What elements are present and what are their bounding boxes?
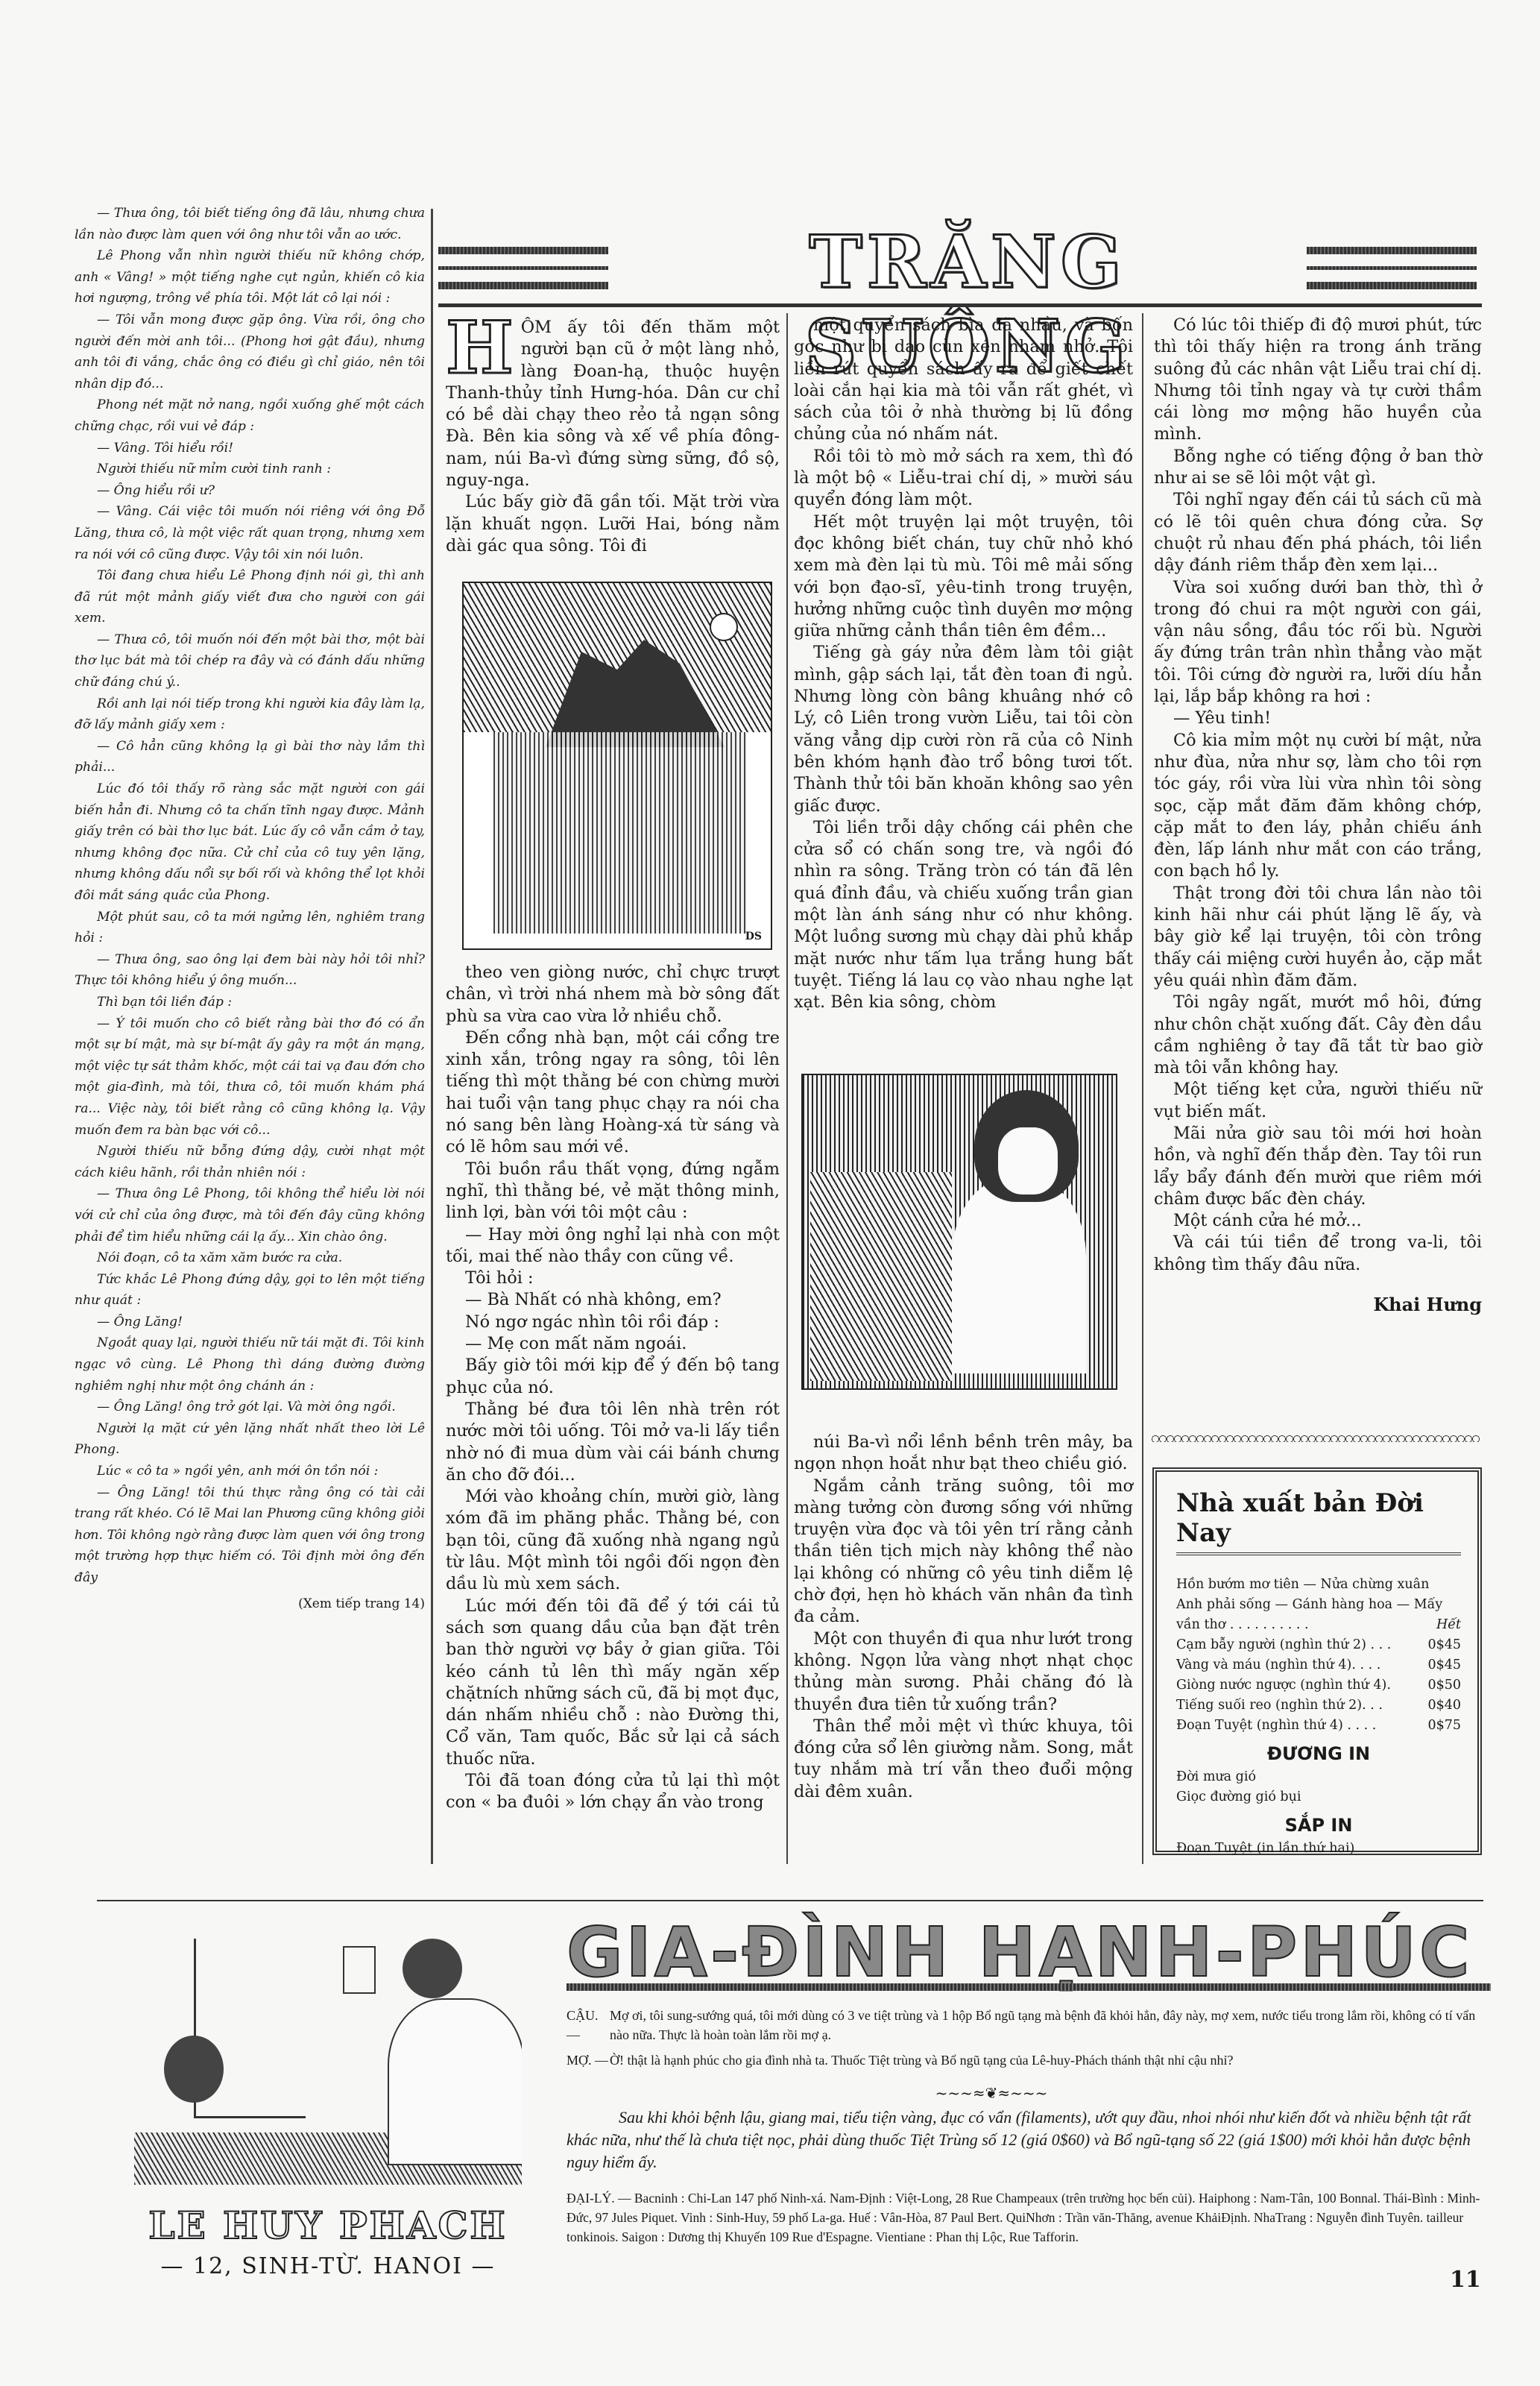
advert-top-rule	[97, 1900, 1483, 1901]
book-row: Cạm bẫy người (nghìn thứ 2) . . .0$45	[1176, 1635, 1461, 1655]
story-paragraph: Nói đoạn, cô ta xăm xăm bước ra cửa.	[75, 1247, 425, 1269]
printing-heading: ĐƯƠNG IN	[1176, 1743, 1461, 1764]
story-paragraph: Một cánh cửa hé mở...	[1154, 1210, 1482, 1232]
title-underline	[438, 303, 1482, 307]
book-price: 0$45	[1427, 1655, 1461, 1675]
woman-head	[164, 2036, 224, 2103]
story-paragraph: Một tiếng kẹt cửa, người thiếu nữ vụt bi…	[1154, 1079, 1482, 1123]
story-paragraph: — Cô hẳn cũng không lạ gì bài thơ này lắ…	[75, 736, 425, 778]
story-paragraph: Tôi đang chưa hiểu Lê Phong định nói gì,…	[75, 565, 425, 629]
wavy-divider	[1152, 1432, 1480, 1442]
advert-dialog: CẬU.—Mợ ơi, tôi sung-sướng quá, tôi mới …	[567, 2006, 1491, 2070]
story-paragraph: Bấy giờ tôi mới kịp để ý đến bộ tang phụ…	[446, 1355, 780, 1399]
story-paragraph: — Vâng. Tôi hiểu rồi!	[75, 438, 425, 459]
story-paragraph: Thân thể mỏi mệt vì thức khuya, tôi đóng…	[794, 1716, 1133, 1803]
book-price: 0$40	[1427, 1696, 1461, 1716]
page-number: 11	[1450, 2267, 1481, 2293]
story-paragraph: Thật trong đời tôi chưa lần nào tôi kinh…	[1154, 883, 1482, 992]
book-price: 0$45	[1427, 1635, 1461, 1655]
story-paragraph: theo ven giòng nước, chỉ chực trượt chân…	[446, 962, 780, 1027]
story-paragraph: — Ông Lăng! ông trở gót lại. Và mời ông …	[75, 1397, 425, 1418]
story-paragraph: — Thưa ông Lê Phong, tôi không thể hiểu …	[75, 1183, 425, 1247]
story-paragraph: một quyển sách bìa đã nhầu, và bốn góc n…	[794, 315, 1133, 446]
story-paragraph: Người thiếu nữ bỗng đứng dậy, cười nhạt …	[75, 1141, 425, 1183]
book-title: Giòng nước ngược (nghìn thứ 4).	[1176, 1675, 1391, 1696]
story-paragraph: Bỗng nghe có tiếng động ở ban thờ như ai…	[1154, 446, 1482, 490]
illustration-girl-woman	[801, 1074, 1117, 1390]
story-column-2-bottom: núi Ba-vì nổi lềnh bềnh trên mây, ba ngọ…	[794, 1432, 1133, 1803]
title-ornament-left	[438, 247, 608, 301]
story-paragraph: Lúc bấy giờ đã gần tối. Mặt trời vừa lặn…	[446, 491, 780, 557]
story-paragraph: Tiếng gà gáy nửa đêm làm tôi giật mình, …	[794, 642, 1133, 816]
story-paragraph: — Vâng. Cái việc tôi muốn nói riêng với …	[75, 501, 425, 565]
story-paragraph: Ngoắt quay lại, người thiếu nữ tái mặt đ…	[75, 1332, 425, 1397]
story-paragraph: Nó ngơ ngác nhìn tôi rồi đáp :	[446, 1312, 780, 1333]
story-paragraph: — Bà Nhất có nhà không, em?	[446, 1289, 780, 1311]
advert-illustration-couple	[119, 1924, 522, 2192]
story-paragraph: Rồi tôi tò mò mở sách ra xem, thì đó là …	[794, 446, 1133, 511]
story-paragraph: Tôi đã toan đóng cửa tủ lại thì một con …	[446, 1770, 780, 1814]
man-head	[403, 1939, 462, 1998]
story-paragraph: Lúc mới đến tôi đã để ý tới cái tủ sách …	[446, 1596, 780, 1770]
publisher-advert-box: Nhà xuất bản Đời Nay Hồn bướm mơ tiên — …	[1152, 1467, 1482, 1855]
book-row: Tiếng suối reo (nghìn thứ 2). . .0$40	[1176, 1696, 1461, 1716]
story-paragraph: Và cái túi tiền để trong va-li, tôi khôn…	[1154, 1232, 1482, 1276]
story-paragraph: — Thưa ông, sao ông lại đem bài này hỏi …	[75, 949, 425, 992]
story-paragraph: Lê Phong vẫn nhìn người thiếu nữ không c…	[75, 245, 425, 309]
story-paragraph: Phong nét mặt nở nang, ngồi xuống ghế mộ…	[75, 394, 425, 437]
brand-name: LE HUY PHACH	[134, 2203, 522, 2247]
story-paragraph: núi Ba-vì nổi lềnh bềnh trên mây, ba ngọ…	[794, 1432, 1133, 1476]
illustrator-signature: DS	[745, 931, 762, 942]
story-paragraph: — Hay mời ông nghỉ lại nhà con một tối, …	[446, 1224, 780, 1268]
story-paragraph: — Ý tôi muốn cho cô biết rằng bài thơ đó…	[75, 1013, 425, 1142]
ornament-divider: ~~~≈❦≈~~~	[880, 2084, 1103, 2099]
glass-icon	[343, 1946, 376, 1994]
book-title: Tiếng suối reo (nghìn thứ 2). . .	[1176, 1696, 1383, 1716]
advert-headline: GIA-ĐÌNH HẠNH-PHÚC	[567, 1913, 1491, 1992]
upcoming-item: Đoạn Tuyệt (in lần thứ hai)	[1176, 1839, 1461, 1859]
book-row: Giòng nước ngược (nghìn thứ 4).0$50	[1176, 1675, 1461, 1696]
story-paragraph: Mãi nửa giờ sau tôi mới hơi hoàn hồn, và…	[1154, 1123, 1482, 1210]
story-paragraph: Rồi anh lại nói tiếp trong khi người kia…	[75, 693, 425, 736]
story-paragraph: Tôi liền trỗi dậy chống cái phên che cửa…	[794, 817, 1133, 1014]
story-column-3: Có lúc tôi thiếp đi độ mươi phút, tức th…	[1154, 315, 1482, 1315]
left-column-story: — Thưa ông, tôi biết tiếng ông đã lâu, n…	[75, 203, 425, 1614]
publisher-title: Nhà xuất bản Đời Nay	[1176, 1488, 1461, 1555]
out-of-print-line: Anh phải sống — Gánh hàng hoa — Mấy	[1176, 1595, 1461, 1615]
brand-address: — 12, SINH-TỪ. HANOI —	[134, 2253, 522, 2279]
story-paragraph: Lúc đó tôi thấy rõ ràng sắc mặt người co…	[75, 778, 425, 907]
story-title-banner: TRĂNG SUÔNG	[438, 220, 1482, 309]
story-paragraph: Thì bạn tôi liền đáp :	[75, 992, 425, 1013]
story-paragraph: — Thưa ông, tôi biết tiếng ông đã lâu, n…	[75, 203, 425, 245]
title-ornament-right	[1307, 247, 1477, 301]
story-paragraph: Một phút sau, cô ta mới ngửng lên, nghiê…	[75, 907, 425, 949]
moon-icon	[710, 613, 738, 641]
book-price: 0$50	[1427, 1675, 1461, 1696]
story-paragraph: — Thưa cô, tôi muốn nói đến một bài thơ,…	[75, 629, 425, 693]
story-paragraph: Cô kia mỉm một nụ cười bí mật, nửa như đ…	[1154, 730, 1482, 883]
continued-note: (Xem tiếp trang 14)	[75, 1593, 425, 1615]
illustration-mountain-reeds: DS	[462, 582, 772, 950]
author-signature: Khai Hưng	[1154, 1294, 1482, 1315]
story-paragraph: Một con thuyền đi qua như lướt trong khô…	[794, 1628, 1133, 1716]
story-paragraph: Người lạ mặt cứ yên lặng nhất nhất theo …	[75, 1418, 425, 1461]
story-paragraph: Đến cổng nhà bạn, một cái cổng tre xinh …	[446, 1027, 780, 1159]
story-column-1-top: HÔM ấy tôi đến thăm một người bạn cũ ở m…	[446, 317, 780, 557]
out-of-print-line: Hồn bướm mơ tiên — Nửa chừng xuân	[1176, 1575, 1461, 1595]
story-paragraph: Mới vào khoảng chín, mười giờ, làng xóm …	[446, 1486, 780, 1595]
printing-item: Đời mưa gió	[1176, 1767, 1461, 1787]
book-price: 0$75	[1427, 1716, 1461, 1736]
story-paragraph: Tôi ngây ngất, mướt mồ hôi, đứng như chô…	[1154, 992, 1482, 1079]
book-row: Vàng và máu (nghìn thứ 4). . . .0$45	[1176, 1655, 1461, 1675]
story-paragraph: Có lúc tôi thiếp đi độ mươi phút, tức th…	[1154, 315, 1482, 446]
book-row: Đoạn Tuyệt (nghìn thứ 4) . . . .0$75	[1176, 1716, 1461, 1736]
dropcap-letter: H	[446, 318, 514, 378]
story-paragraph: Hết một truyện lại một truyện, tôi đọc k…	[794, 511, 1133, 643]
story-paragraph: Tôi hỏi :	[446, 1268, 780, 1289]
story-paragraph: Ngắm cảnh trăng suông, tôi mơ màng tưởng…	[794, 1476, 1133, 1628]
story-paragraph: Thằng bé đưa tôi lên nhà trên rót nước m…	[446, 1399, 780, 1486]
dialog-line: MỢ. —Ờ! thật là hạnh phúc cho gia đình n…	[567, 2050, 1491, 2070]
story-paragraph: — Ông hiểu rồi ư?	[75, 480, 425, 502]
story-paragraph: — Ông Lăng!	[75, 1312, 425, 1333]
book-title: Cạm bẫy người (nghìn thứ 2) . . .	[1176, 1635, 1391, 1655]
out-of-print-line: vần thơ . . . . . . . . . .	[1176, 1615, 1309, 1635]
column-divider	[786, 313, 788, 1864]
story-paragraph: Tôi buồn rầu thất vọng, đứng ngẫm nghĩ, …	[446, 1159, 780, 1224]
story-paragraph: Vừa soi xuống dưới ban thờ, thì ở trong …	[1154, 577, 1482, 708]
story-column-2-top: một quyển sách bìa đã nhầu, và bốn góc n…	[794, 315, 1133, 1014]
story-paragraph: Lúc « cô ta » ngồi yên, anh mới ôn tồn n…	[75, 1461, 425, 1482]
story-paragraph: — Mẹ con mất năm ngoái.	[446, 1333, 780, 1355]
out-of-print-status: Hết	[1436, 1615, 1461, 1635]
column-divider	[431, 209, 433, 1864]
story-paragraph: Người thiếu nữ mỉm cười tinh ranh :	[75, 459, 425, 480]
story-paragraph: — Tôi vẫn mong được gặp ông. Vừa rồi, ôn…	[75, 309, 425, 394]
book-title: Đoạn Tuyệt (nghìn thứ 4) . . . .	[1176, 1716, 1376, 1736]
man-robe	[388, 1998, 522, 2165]
column-divider	[1142, 313, 1143, 1864]
story-paragraph: — Ông Lăng! tôi thú thực rằng ông có tài…	[75, 1482, 425, 1589]
story-column-1-bottom: theo ven giòng nước, chỉ chực trượt chân…	[446, 962, 780, 1814]
printing-item: Giọc đường gió bụi	[1176, 1787, 1461, 1807]
book-title: Vàng và máu (nghìn thứ 4). . . .	[1176, 1655, 1380, 1675]
story-paragraph: Tức khắc Lê Phong đứng dậy, gọi to lên m…	[75, 1269, 425, 1312]
upcoming-heading: SẮP IN	[1176, 1815, 1461, 1836]
advert-headline-rule	[567, 1983, 1491, 1991]
dialog-line: CẬU.—Mợ ơi, tôi sung-sướng quá, tôi mới …	[567, 2006, 1491, 2045]
story-paragraph: — Yêu tinh!	[1154, 708, 1482, 729]
advert-body: Sau khi khỏi bệnh lậu, giang mai, tiểu t…	[567, 2106, 1491, 2173]
story-paragraph: Tôi nghĩ ngay đến cái tủ sách cũ mà có l…	[1154, 489, 1482, 576]
advert-agents: ĐẠI-LÝ. — Bacninh : Chi-Lan 147 phố Ninh…	[567, 2188, 1491, 2247]
